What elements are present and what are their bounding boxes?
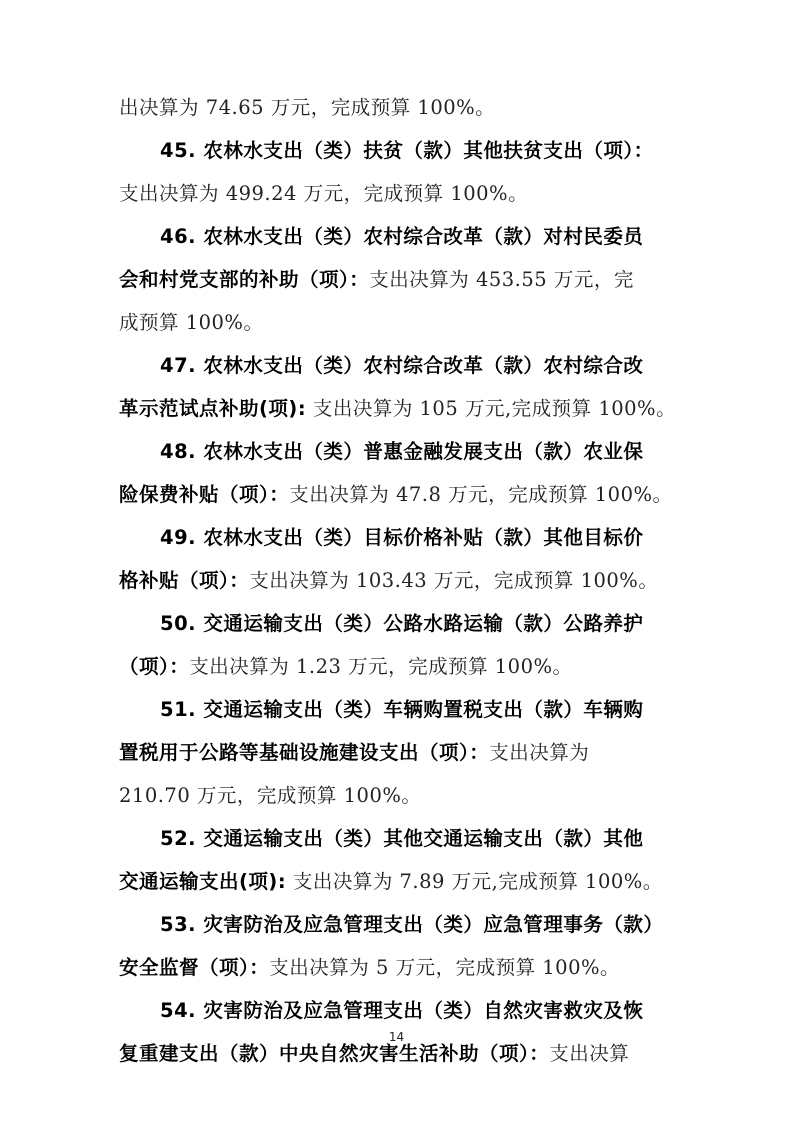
item-heading-line: 48. 农林水支出（类）普惠金融发展支出（款）农业保 <box>160 434 675 470</box>
paragraph-line: （项）：支出决算为 1.23 万元，完成预算 100%。 <box>119 649 675 685</box>
bold-text: 49. 农林水支出（类）目标价格补贴（款）其他目标价 <box>160 526 643 549</box>
bold-text: 置税用于公路等基础设施建设支出（项）： <box>119 741 489 764</box>
item-heading-line: 45. 农林水支出（类）扶贫（款）其他扶贫支出（项）： <box>160 133 675 169</box>
bold-text: 51. 交通运输支出（类）车辆购置税支出（款）车辆购 <box>160 698 643 721</box>
bold-text: 50. 交通运输支出（类）公路水路运输（款）公路养护 <box>160 612 643 635</box>
normal-text: 支出决算为 <box>489 741 589 764</box>
normal-text: 支出决算为 1.23 万元，完成预算 100%。 <box>189 655 572 678</box>
document-page: 出决算为 74.65 万元，完成预算 100%。45. 农林水支出（类）扶贫（款… <box>0 0 793 1122</box>
item-heading-line: 46. 农林水支出（类）农村综合改革（款）对村民委员 <box>160 219 675 255</box>
item-heading-line: 49. 农林水支出（类）目标价格补贴（款）其他目标价 <box>160 520 675 556</box>
normal-text: 成预算 100%。 <box>119 311 263 334</box>
normal-text: 210.70 万元，完成预算 100%。 <box>119 784 421 807</box>
normal-text: 支出决算 <box>549 1042 629 1065</box>
item-heading-line: 50. 交通运输支出（类）公路水路运输（款）公路养护 <box>160 606 675 642</box>
paragraph-line: 210.70 万元，完成预算 100%。 <box>119 778 675 814</box>
bold-text: 复重建支出（款）中央自然灾害生活补助（项）： <box>119 1042 549 1065</box>
bold-text: 45. 农林水支出（类）扶贫（款）其他扶贫支出（项）： <box>160 139 654 162</box>
bold-text: 险保费补贴（项）： <box>119 483 289 506</box>
item-heading-line: 52. 交通运输支出（类）其他交通运输支出（款）其他 <box>160 821 675 857</box>
bold-text: 47. 农林水支出（类）农村综合改革（款）农村综合改 <box>160 354 643 377</box>
bold-text: 53. 灾害防治及应急管理支出（类）应急管理事务（款） <box>160 913 663 936</box>
item-heading-line: 51. 交通运输支出（类）车辆购置税支出（款）车辆购 <box>160 692 675 728</box>
normal-text: 支出决算为 499.24 万元，完成预算 100%。 <box>119 182 528 205</box>
bold-text: 54. 灾害防治及应急管理支出（类）自然灾害救灾及恢 <box>160 999 643 1022</box>
paragraph-line: 安全监督（项）：支出决算为 5 万元，完成预算 100%。 <box>119 950 675 986</box>
bold-text: 48. 农林水支出（类）普惠金融发展支出（款）农业保 <box>160 440 643 463</box>
item-heading-line: 53. 灾害防治及应急管理支出（类）应急管理事务（款） <box>160 907 675 943</box>
normal-text: 支出决算为 7.89 万元,完成预算 100%。 <box>286 870 663 893</box>
normal-text: 支出决算为 5 万元，完成预算 100%。 <box>269 956 620 979</box>
paragraph-line: 交通运输支出(项): 支出决算为 7.89 万元,完成预算 100%。 <box>119 864 675 900</box>
paragraph-line: 出决算为 74.65 万元，完成预算 100%。 <box>119 90 675 126</box>
normal-text: 支出决算为 105 万元,完成预算 100%。 <box>306 397 676 420</box>
paragraph-line: 革示范试点补助(项): 支出决算为 105 万元,完成预算 100%。 <box>119 391 675 427</box>
item-heading-line: 47. 农林水支出（类）农村综合改革（款）农村综合改 <box>160 348 675 384</box>
normal-text: 支出决算为 453.55 万元，完 <box>369 268 634 291</box>
paragraph-line: 成预算 100%。 <box>119 305 675 341</box>
bold-text: 交通运输支出(项): <box>119 870 286 893</box>
paragraph-line: 置税用于公路等基础设施建设支出（项）：支出决算为 <box>119 735 675 771</box>
bold-text: 会和村党支部的补助（项）： <box>119 268 369 291</box>
paragraph-line: 险保费补贴（项）：支出决算为 47.8 万元，完成预算 100%。 <box>119 477 675 513</box>
paragraph-line: 格补贴（项）：支出决算为 103.43 万元，完成预算 100%。 <box>119 563 675 599</box>
normal-text: 出决算为 74.65 万元，完成预算 100%。 <box>119 96 495 119</box>
paragraph-line: 会和村党支部的补助（项）：支出决算为 453.55 万元，完 <box>119 262 675 298</box>
bold-text: 46. 农林水支出（类）农村综合改革（款）对村民委员 <box>160 225 643 248</box>
page-number: 14 <box>0 1030 793 1044</box>
bold-text: 革示范试点补助(项): <box>119 397 306 420</box>
bold-text: （项）： <box>119 655 189 678</box>
normal-text: 支出决算为 103.43 万元，完成预算 100%。 <box>249 569 658 592</box>
paragraph-line: 支出决算为 499.24 万元，完成预算 100%。 <box>119 176 675 212</box>
bold-text: 格补贴（项）： <box>119 569 249 592</box>
bold-text: 安全监督（项）： <box>119 956 269 979</box>
item-heading-line: 54. 灾害防治及应急管理支出（类）自然灾害救灾及恢 <box>160 993 675 1029</box>
normal-text: 支出决算为 47.8 万元，完成预算 100%。 <box>289 483 672 506</box>
bold-text: 52. 交通运输支出（类）其他交通运输支出（款）其他 <box>160 827 643 850</box>
